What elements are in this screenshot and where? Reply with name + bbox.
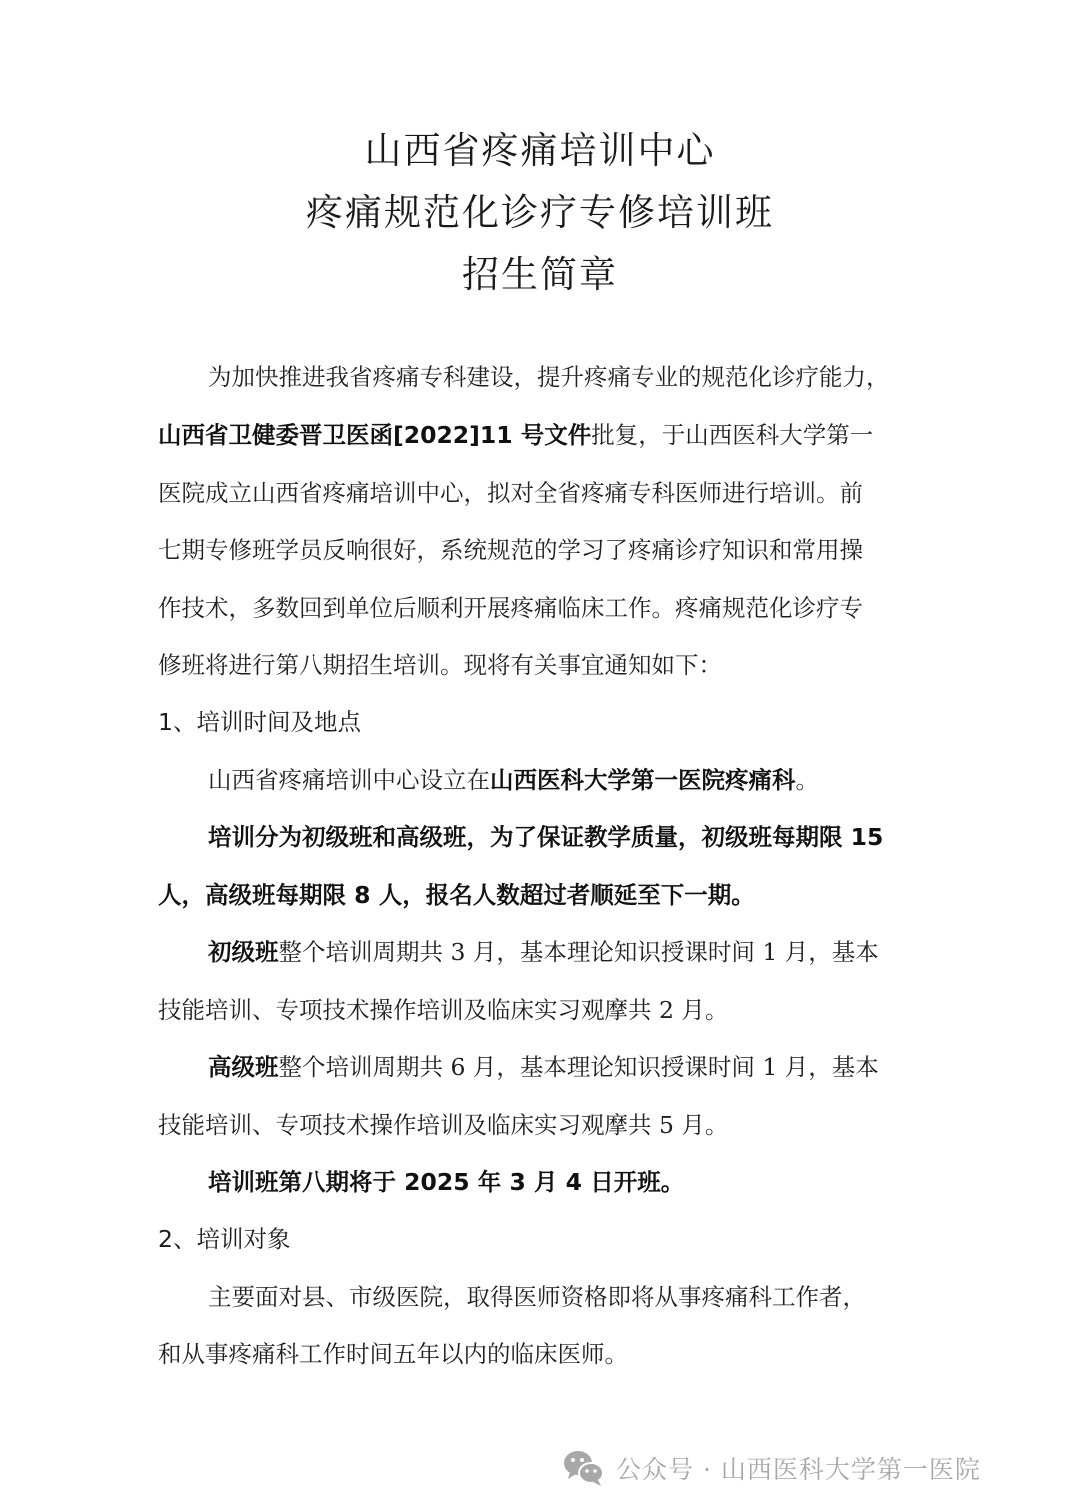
junior-class-line: 技能培训、专项技术操作培训及临床实习观摩共 2 月。 <box>158 990 928 1030</box>
wechat-watermark: 公众号 · 山西医科大学第一医院 <box>562 1448 981 1488</box>
senior-class-label: 高级班 <box>208 1053 279 1081</box>
junior-class-text: 整个培训周期共 3 月，基本理论知识授课时间 1 月，基本 <box>279 938 879 966</box>
location-line: 山西省疼痛培训中心设立在山西医科大学第一医院疼痛科。 <box>208 760 978 800</box>
intro-line: 七期专修班学员反响很好，系统规范的学习了疼痛诊疗知识和常用操 <box>158 530 928 570</box>
location-text: 山西省疼痛培训中心设立在 <box>208 766 490 794</box>
intro-line: 山西省卫健委晋卫医函[2022]11 号文件批复，于山西医科大学第一 <box>158 415 928 455</box>
target-line: 主要面对县、市级医院，取得医师资格即将从事疼痛科工作者， <box>208 1277 978 1317</box>
target-line: 和从事疼痛科工作时间五年以内的临床医师。 <box>158 1334 928 1374</box>
intro-line: 为加快推进我省疼痛专科建设，提升疼痛专业的规范化诊疗能力， <box>208 357 978 397</box>
junior-class-line: 初级班整个培训周期共 3 月，基本理论知识授课时间 1 月，基本 <box>208 932 978 972</box>
section-heading-2: 2、培训对象 <box>158 1219 928 1259</box>
limit-line: 人，高级班每期限 8 人，报名人数超过者顺延至下一期。 <box>158 875 928 915</box>
document-reference: 山西省卫健委晋卫医函[2022]11 号文件 <box>158 421 591 449</box>
location-bold: 山西医科大学第一医院疼痛科 <box>490 766 796 794</box>
senior-class-line: 高级班整个培训周期共 6 月，基本理论知识授课时间 1 月，基本 <box>208 1047 978 1087</box>
limit-line: 培训分为初级班和高级班，为了保证教学质量，初级班每期限 15 <box>208 817 978 857</box>
location-end: 。 <box>796 766 820 794</box>
title-line-2: 疼痛规范化诊疗专修培训班 <box>0 182 1080 244</box>
title-line-3: 招生简章 <box>0 244 1080 306</box>
intro-line: 医院成立山西省疼痛培训中心，拟对全省疼痛专科医师进行培训。前 <box>158 473 928 513</box>
section-heading-1: 1、培训时间及地点 <box>158 702 928 742</box>
wechat-icon <box>562 1448 606 1488</box>
intro-text: 批复，于山西医科大学第一 <box>591 421 873 449</box>
document-title: 山西省疼痛培训中心 疼痛规范化诊疗专修培训班 招生简章 <box>0 120 1080 306</box>
watermark-text: 公众号 · 山西医科大学第一医院 <box>616 1450 981 1486</box>
senior-class-text: 整个培训周期共 6 月，基本理论知识授课时间 1 月，基本 <box>279 1053 879 1081</box>
intro-line: 作技术，多数回到单位后顺利开展疼痛临床工作。疼痛规范化诊疗专 <box>158 588 928 628</box>
intro-line: 修班将进行第八期招生培训。现将有关事宜通知如下： <box>158 645 928 685</box>
junior-class-label: 初级班 <box>208 938 279 966</box>
start-date-line: 培训班第八期将于 2025 年 3 月 4 日开班。 <box>208 1162 978 1202</box>
title-line-1: 山西省疼痛培训中心 <box>0 120 1080 182</box>
senior-class-line: 技能培训、专项技术操作培训及临床实习观摩共 5 月。 <box>158 1105 928 1145</box>
